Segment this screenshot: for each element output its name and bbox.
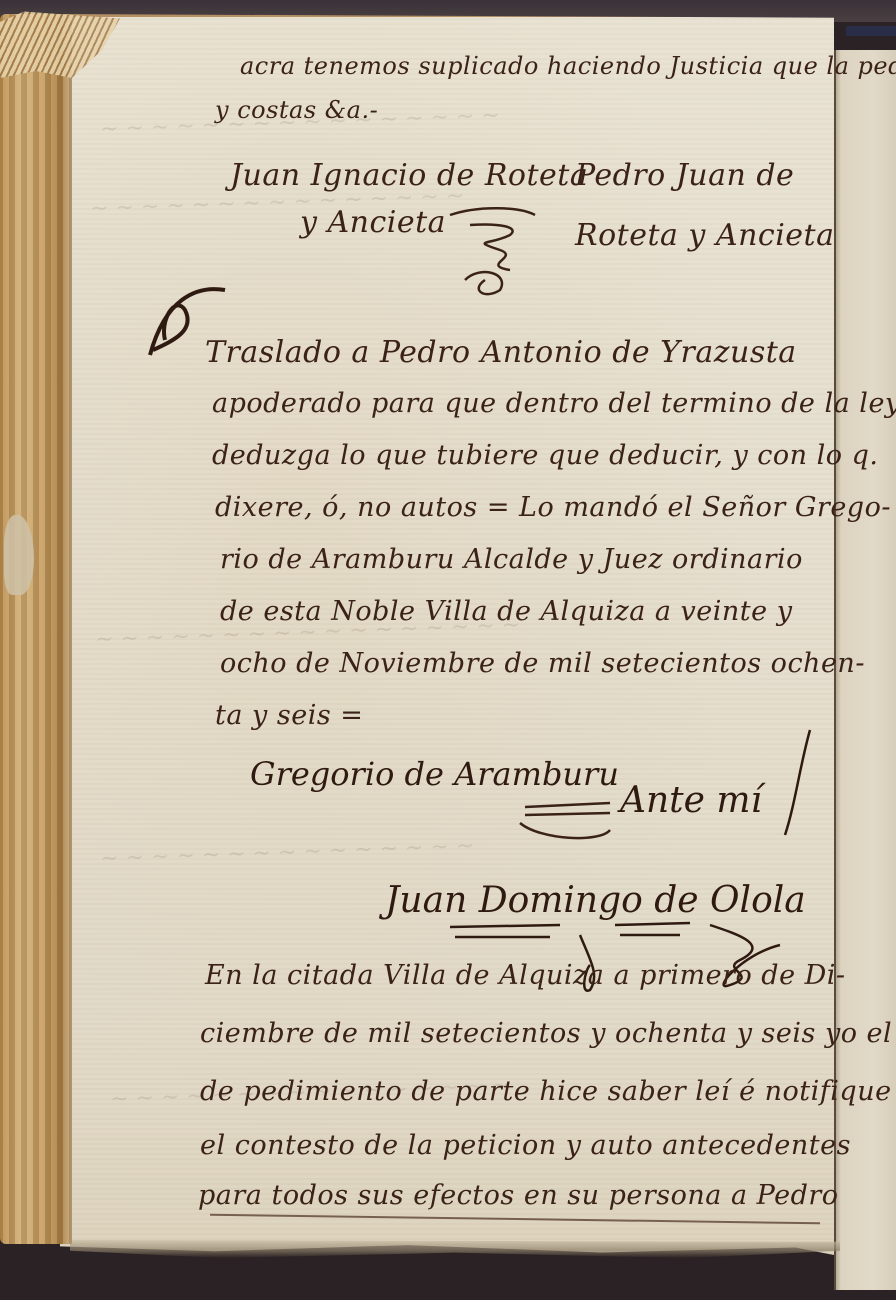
decree-line-3: deduzga lo que tubiere que deducir, y co… bbox=[212, 440, 879, 471]
notification-line-4: el contesto de la peticion y auto antece… bbox=[200, 1130, 851, 1161]
notification-line-2: ciembre de mil setecientos y ochenta y s… bbox=[200, 1018, 896, 1049]
notification-line-5: para todos sus efectos en su persona a P… bbox=[198, 1180, 839, 1211]
scan-background-strip bbox=[846, 26, 896, 36]
decree-line-7: ocho de Noviembre de mil setecientos och… bbox=[220, 648, 865, 679]
signature-right-line-1: Pedro Juan de bbox=[575, 158, 794, 193]
signature-left-line-1: Juan Ignacio de Roteta bbox=[230, 158, 588, 193]
signature-left-line-2: y Ancieta bbox=[300, 205, 446, 240]
decree-line-4: dixere, ó, no autos = Lo mandó el Señor … bbox=[215, 492, 891, 523]
header-line-1: acra tenemos suplicado haciendo Justicia… bbox=[240, 52, 896, 80]
notary-mark-ante-mi: Ante mí bbox=[620, 780, 762, 821]
decree-line-2: apoderado para que dentro del termino de… bbox=[212, 388, 896, 419]
decree-line-8: ta y seis = bbox=[215, 700, 363, 731]
book-spine bbox=[0, 14, 72, 1244]
signature-escribano: Juan Domingo de Olola bbox=[385, 880, 806, 921]
header-line-2: y costas &a.- bbox=[215, 96, 378, 124]
decree-line-5: rio de Aramburu Alcalde y Juez ordinario bbox=[220, 544, 803, 575]
decree-line-1: Traslado a Pedro Antonio de Yrazusta bbox=[205, 335, 797, 370]
signature-alcalde: Gregorio de Aramburu bbox=[250, 755, 619, 793]
notification-line-1: En la citada Villa de Alquiza a primero … bbox=[205, 960, 846, 991]
page-bottom-edge bbox=[70, 1240, 840, 1258]
signature-right-line-2: Roteta y Ancieta bbox=[575, 218, 835, 253]
decree-line-6: de esta Noble Villa de Alquiza a veinte … bbox=[220, 596, 792, 627]
notification-line-3: de pedimiento de parte hice saber leí é … bbox=[200, 1076, 892, 1107]
